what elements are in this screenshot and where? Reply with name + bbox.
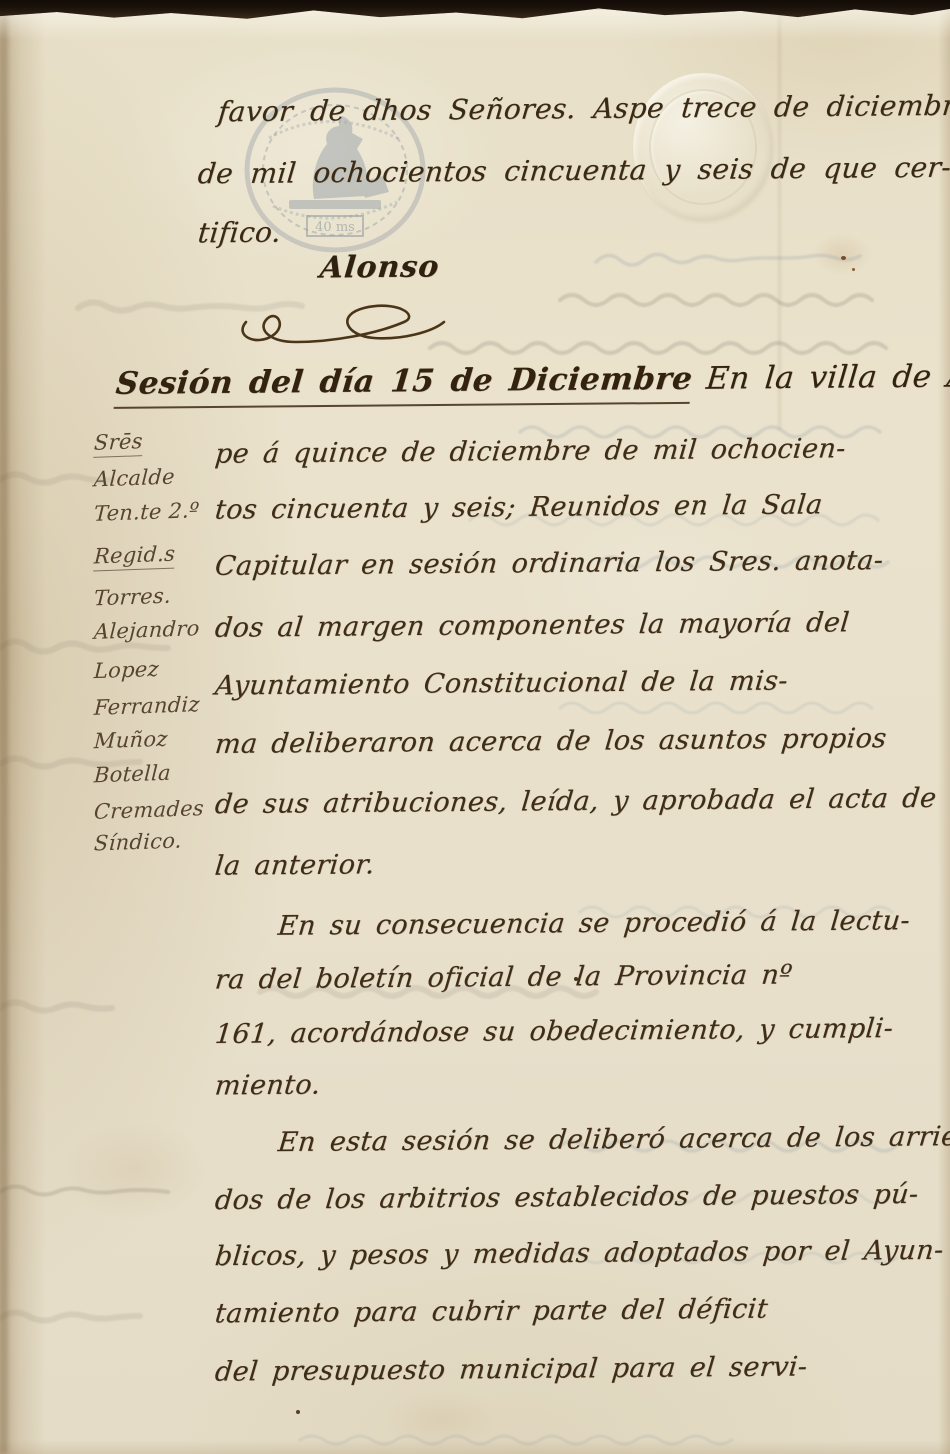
margin-attendee: Muñoz: [93, 727, 168, 754]
body-line: Capitular en sesión ordinaria los Sres. …: [214, 545, 885, 582]
ink-speck: [841, 256, 846, 260]
body-line: blicos, y pesos y medidas adoptados por …: [214, 1235, 946, 1272]
body-line: tos cincuenta y seis; Reunidos en la Sal…: [214, 489, 825, 525]
margin-attendee: Srēs: [93, 429, 143, 455]
margin-attendee: Cremades: [93, 796, 204, 824]
body-line: pe á quince de diciembre de mil ochocien…: [214, 433, 848, 470]
body-line: dos de los arbitrios establecidos de pue…: [214, 1179, 920, 1216]
body-line: de sus atribuciones, leída, y aprobada e…: [214, 783, 938, 820]
margin-attendee: Lopez: [93, 657, 159, 683]
body-line: Ayuntamiento Constitucional de la mis-: [214, 665, 790, 701]
binding-edge-shadow-inner: [0, 0, 8, 1454]
ink-speck: [852, 268, 855, 271]
margin-attendee: Alejandro: [93, 616, 200, 644]
margin-attendee-label: Regid.s: [93, 542, 176, 572]
margin-attendee: Botella: [93, 761, 171, 788]
body-line: En su consecuencia se procedió á la lect…: [277, 905, 912, 942]
closing-line: tifico.: [196, 216, 282, 250]
body-line: ra del boletín oficial de la Provincia n…: [214, 959, 794, 995]
margin-attendee: Torres.: [93, 584, 171, 611]
session-heading-underlined: Sesión del día 15 de Diciembre: [114, 361, 694, 409]
body-line: ma deliberaron acerca de los asuntos pro…: [214, 723, 889, 760]
body-line: miento.: [214, 1070, 323, 1102]
closing-line: de mil ochocientos cincuenta y seis de q…: [196, 151, 950, 191]
ink-speck: [296, 1410, 300, 1414]
body-line: tamiento para cubrir parte del déficit: [214, 1294, 770, 1330]
signature-rubric-flourish: [228, 278, 448, 344]
body-line: En esta sesión se deliberó acerca de los…: [277, 1121, 950, 1158]
body-line: del presupuesto municipal para el servi-: [214, 1351, 809, 1387]
margin-attendee: Síndico.: [93, 828, 182, 855]
closing-line: favor de dhos Señores. Aspe trece de dic…: [216, 89, 950, 129]
margin-attendee: Alcalde: [93, 465, 175, 492]
margin-attendee-label: Srēs: [93, 429, 143, 458]
body-line: la anterior.: [214, 849, 377, 881]
margin-attendee: Ferrandiz: [93, 692, 200, 720]
session-heading-continuation: En la villa de As-: [705, 358, 950, 397]
body-line: 161, acordándose su obedecimiento, y cum…: [214, 1013, 895, 1050]
page-edge-bottom: [0, 1440, 950, 1454]
session-heading: Sesión del día 15 de DiciembreEn la vill…: [114, 358, 950, 402]
manuscript-page: 40 ms favor de dhos Señores. Aspe trece …: [0, 0, 950, 1454]
margin-attendee: Ten.te 2.º: [93, 498, 200, 526]
stamp-denomination: 40 ms: [315, 220, 355, 235]
body-line: dos al margen componentes la mayoría del: [214, 607, 851, 644]
margin-attendee: Regid.s: [93, 542, 176, 569]
